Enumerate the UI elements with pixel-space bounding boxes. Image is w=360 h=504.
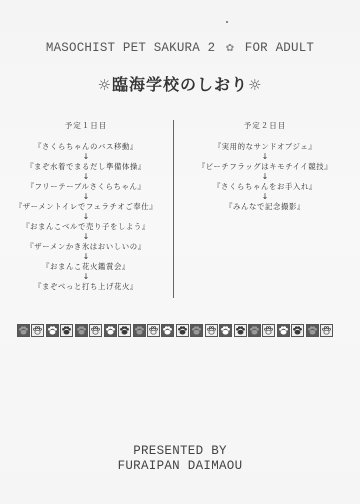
paw-print-icon	[104, 324, 117, 337]
schedule-item: 『さくらちゃんのバス移動』	[0, 141, 172, 152]
schedule-day2: 予定２日目 『実用的なサンドオブジェ』↓『ビーチフラッグはキモチイイ競技』↓『さ…	[175, 120, 355, 212]
paw-print-icon	[17, 324, 30, 337]
paw-print-icon	[60, 324, 73, 337]
down-arrow-icon: ↓	[175, 152, 355, 161]
down-arrow-icon: ↓	[0, 272, 172, 281]
series-title: MASOCHIST PET SAKURA 2 ✿ FOR ADULT	[0, 40, 360, 55]
credits-line2: FURAIPAN DAIMAOU	[0, 459, 360, 474]
schedule-day1: 予定１日目 『さくらちゃんのバス移動』↓『まぞ水着でまるだし準備体操』↓『フリー…	[0, 120, 172, 292]
schedule-item: 『実用的なサンドオブジェ』	[175, 141, 355, 152]
flower-star-icon: ✿	[226, 40, 234, 55]
day1-heading: 予定１日目	[0, 120, 172, 131]
schedule-item: 『さくらちゃんをお手入れ』	[175, 181, 355, 192]
schedule-item: 『ザーメンかき氷はおいしいの』	[0, 241, 172, 252]
paw-border	[17, 324, 334, 337]
paper-speck	[226, 21, 228, 23]
down-arrow-icon: ↓	[0, 152, 172, 161]
paw-print-icon	[306, 324, 319, 337]
schedule-item: 『まぞべっと打ち上げ花火』	[0, 281, 172, 292]
series-title-left: MASOCHIST PET SAKURA 2	[46, 41, 215, 55]
main-title-text: 臨海学校のしおり	[112, 75, 248, 94]
paw-print-icon	[161, 324, 174, 337]
paw-print-icon	[205, 324, 218, 337]
down-arrow-icon: ↓	[175, 172, 355, 181]
paw-print-icon	[219, 324, 232, 337]
paw-print-icon	[89, 324, 102, 337]
paw-print-icon	[277, 324, 290, 337]
main-title: ☼臨海学校のしおり☼	[0, 72, 360, 95]
down-arrow-icon: ↓	[0, 172, 172, 181]
paw-print-icon	[291, 324, 304, 337]
paw-print-icon	[31, 324, 44, 337]
schedule-item: 『おまんこ花火鑑賞会』	[0, 261, 172, 272]
paw-print-icon	[190, 324, 203, 337]
down-arrow-icon: ↓	[0, 192, 172, 201]
paw-print-icon	[147, 324, 160, 337]
day2-heading: 予定２日目	[175, 120, 355, 131]
paw-print-icon	[133, 324, 146, 337]
paw-print-icon	[234, 324, 247, 337]
paw-print-icon	[262, 324, 275, 337]
series-title-right: FOR ADULT	[245, 41, 314, 55]
down-arrow-icon: ↓	[175, 192, 355, 201]
sun-icon: ☼	[98, 76, 112, 94]
schedule-item: 『ビーチフラッグはキモチイイ競技』	[175, 161, 355, 172]
schedule-item: 『みんなで記念撮影』	[175, 201, 355, 212]
paw-print-icon	[248, 324, 261, 337]
down-arrow-icon: ↓	[0, 252, 172, 261]
credits-line1: PRESENTED BY	[0, 444, 360, 459]
down-arrow-icon: ↓	[0, 232, 172, 241]
paw-print-icon	[320, 324, 333, 337]
credits: PRESENTED BY FURAIPAN DAIMAOU	[0, 444, 360, 474]
down-arrow-icon: ↓	[0, 212, 172, 221]
paw-print-icon	[75, 324, 88, 337]
schedule-item: 『ザーメントイレでフェラチオご奉仕』	[0, 201, 172, 212]
paw-print-icon	[46, 324, 59, 337]
sun-icon: ☼	[248, 76, 262, 94]
schedule-item: 『フリーテーブルさくらちゃん』	[0, 181, 172, 192]
paw-print-icon	[176, 324, 189, 337]
schedule-item: 『おまんこベルで売り子をしよう』	[0, 221, 172, 232]
paw-print-icon	[118, 324, 131, 337]
column-divider	[173, 120, 174, 298]
schedule-item: 『まぞ水着でまるだし準備体操』	[0, 161, 172, 172]
